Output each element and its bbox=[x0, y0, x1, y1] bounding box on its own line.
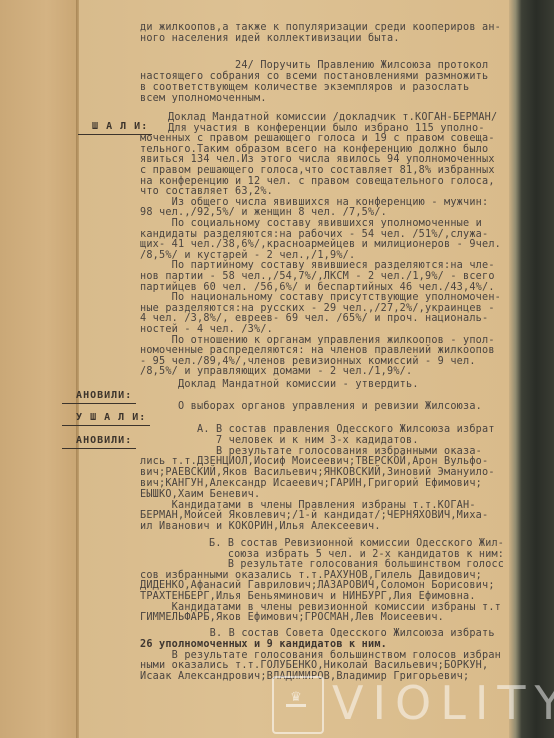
text-line: 98 чел.,/92,5%/ и женщин 8 чел. /7,5%/. bbox=[140, 207, 387, 218]
agenda-text: О выборах органов управления и ревизии Ж… bbox=[178, 401, 482, 412]
text-line: БЕРМАН,Мойсей Яковлевич;/1-й кандидат/;Ч… bbox=[140, 510, 488, 521]
text-line: Кандидатами в члены Правления избраны т.… bbox=[140, 500, 476, 511]
paragraph-line: ди жилкоопов,а также к популяризации сре… bbox=[140, 22, 501, 33]
text-line: вич;РАЕВСКИЙ,Яков Васильевич;ЯНКОВСКИЙ,З… bbox=[140, 467, 495, 478]
text-line: По отношению к органам управления жилкоо… bbox=[140, 335, 495, 346]
text-line: моченных с правом решающего голоса и 19 … bbox=[140, 133, 495, 144]
text-line: вич;КАНГУН,Александр Исаеевич;ГАРИН,Григ… bbox=[140, 478, 482, 489]
text-line: /8,5%/ и управляющих домами - 2 чел./1,9… bbox=[140, 366, 412, 377]
text-line: ностей - 4 чел. /3%/. bbox=[140, 324, 273, 335]
margin-label-heard: Ш А Л И: bbox=[78, 110, 148, 132]
text-line: По партийному составу явившиеся разделяю… bbox=[140, 260, 495, 271]
item-24-line: всем уполномоченным. bbox=[140, 93, 267, 104]
watermark-text: VIOLITY bbox=[332, 676, 554, 730]
text-line: с правом решающего голоса,что составляет… bbox=[140, 165, 495, 176]
text-line: Кандидатами в члены ревизионной комиссии… bbox=[140, 602, 501, 613]
text-line: Из общего числа явившихся на конференцию… bbox=[140, 197, 488, 208]
text-line: ДИДЕНКО,Афанасий Гаврилович;ЛАЗАРОВИЧ,Со… bbox=[140, 580, 495, 591]
text-line: явиться 134 чел.Из этого числа явилось 9… bbox=[140, 154, 495, 165]
book-cover-edge bbox=[509, 0, 554, 738]
crown-icon: ♛ bbox=[286, 690, 306, 707]
text-line: ил Иванович и КОКОРИН,Илья Алексеевич. bbox=[140, 521, 381, 532]
text-line: что составляет 63,2%. bbox=[140, 186, 273, 197]
text-line: 26 уполномоченных и 9 кандидатов к ним. bbox=[140, 639, 387, 650]
item-24-line: в соответствующем количестве экземпляров… bbox=[140, 82, 469, 93]
text-line: По социальному составу явившихся уполном… bbox=[140, 218, 482, 229]
text-line: партийцев 60 чел. /56,6%/ и беспартийных… bbox=[140, 282, 495, 293]
text-line: на конференцию и 12 чел. с правом совеща… bbox=[140, 176, 495, 187]
text-line: 7 человек и к ним 3-х кадидатов. bbox=[140, 435, 419, 446]
facing-page bbox=[0, 0, 78, 738]
margin-label-resolved: АНОВИЛИ: bbox=[62, 379, 132, 401]
text-line: В результате голосования большинством го… bbox=[140, 650, 501, 661]
text-line: нов партии - 58 чел.,/54,7%/,ЛКСМ - 2 че… bbox=[140, 271, 495, 282]
label-underline bbox=[62, 448, 136, 449]
text-line: В результате голосования большинством го… bbox=[140, 559, 504, 570]
text-line: ТРАХТЕНБЕРГ,Илья Беньяминович и НИНБУРГ,… bbox=[140, 591, 476, 602]
text-line: ными оказались т.т.ГОЛУБЕНКО,Николай Вас… bbox=[140, 660, 488, 671]
text-line: номоченные распределяются: на членов пра… bbox=[140, 345, 495, 356]
text-line: Доклад Мандатной комиссии /докладчик т.К… bbox=[168, 112, 497, 123]
text-line: - 95 чел./89,4%/,членов ревизионных коми… bbox=[140, 356, 476, 367]
text-line: 4 чел. /3,8%/, евреев- 69 чел. /65%/ и п… bbox=[140, 313, 488, 324]
text-line: щих- 41 чел./38,6%/,красноармейцев и мил… bbox=[140, 239, 501, 250]
text-line: В. В состав Совета Одесского Жилсоюза из… bbox=[140, 628, 495, 639]
item-24-line: 24/ Поручить Правлению Жилсоюза протокол bbox=[140, 60, 488, 71]
text-line: ЕЫШКО,Хаим Беневич. bbox=[140, 489, 260, 500]
text-line: А. В состав правления Одесского Жилсоюза… bbox=[140, 424, 495, 435]
text-line: ные разделяются:на русских - 29 чел.,/27… bbox=[140, 303, 495, 314]
text-line: По национальному составу присутствующие … bbox=[140, 292, 501, 303]
text-line: союза избрать 5 чел. и 2-х кандидатов к … bbox=[140, 549, 504, 560]
text-line: тельного.Таким образом всего на конферен… bbox=[140, 144, 488, 155]
text-line: В результате голосования избранными оказ… bbox=[140, 446, 482, 457]
text-line: ГИММЕЛЬФАРБ,Яков Ефимович;ГРОСМАН,Лев Мо… bbox=[140, 612, 444, 623]
text-line: Б. В состав Ревизионной комиссии Одесско… bbox=[140, 538, 504, 549]
text-line: Для участия в конференции было избрано 1… bbox=[168, 123, 485, 134]
paragraph-line: ного населения идей коллективизации быта… bbox=[140, 33, 400, 44]
text-line: кандидаты разделяются:на рабочих - 54 че… bbox=[140, 229, 488, 240]
resolution-text: Доклад Мандатной комиссии - утвердить. bbox=[178, 379, 419, 390]
margin-label-heard: У Ш А Л И: bbox=[62, 401, 146, 423]
text-line: лись т.т.ДЗЕНЦИОЛ,Иосиф Моисеевич;ТВЕРСК… bbox=[140, 456, 488, 467]
item-24-line: настоящего собрания со всеми постановлен… bbox=[140, 71, 488, 82]
margin-label-resolved: АНОВИЛИ: bbox=[62, 424, 132, 446]
